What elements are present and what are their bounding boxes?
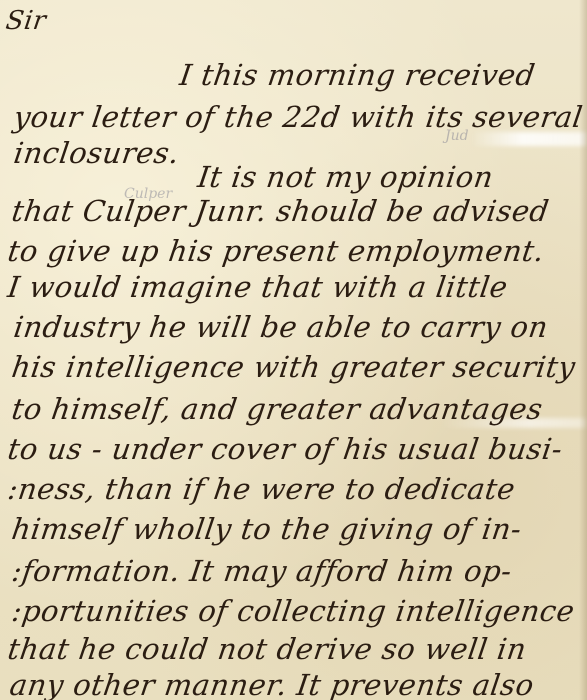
letter-line-2: your letter of the 22d with its several bbox=[12, 100, 585, 134]
letter-line-4: It is not my opinion bbox=[196, 160, 496, 194]
letter-line-15: :portunities of collecting intelligence bbox=[10, 594, 577, 628]
paper-fold-highlight bbox=[470, 132, 587, 146]
letter-line-13: himself wholly to the giving of in- bbox=[10, 512, 524, 546]
manuscript-page: Sir I this morning received your letter … bbox=[0, 0, 587, 700]
letter-line-10: to himself, and greater advantages bbox=[10, 392, 545, 426]
letter-line-9: his intelligence with greater security bbox=[10, 350, 578, 384]
salutation: Sir bbox=[4, 6, 48, 36]
letter-line-1: I this morning received bbox=[178, 58, 538, 92]
letter-line-6: to give up his present employment. bbox=[6, 234, 547, 268]
letter-line-14: :formation. It may afford him op- bbox=[10, 554, 514, 588]
letter-line-5: that Culper Junr. should be advised bbox=[10, 194, 552, 228]
letter-line-8: industry he will be able to carry on bbox=[12, 310, 551, 344]
letter-line-3: inclosures. bbox=[12, 136, 182, 170]
letter-line-12: :ness, than if he were to dedicate bbox=[6, 472, 518, 506]
letter-line-17: any other manner. It prevents also bbox=[8, 668, 537, 700]
letter-line-11: to us - under cover of his usual busi- bbox=[6, 432, 565, 466]
letter-line-16: that he could not derive so well in bbox=[6, 632, 529, 666]
letter-line-7: I would imagine that with a little bbox=[6, 270, 510, 304]
faint-annotation: Jud bbox=[445, 128, 469, 144]
